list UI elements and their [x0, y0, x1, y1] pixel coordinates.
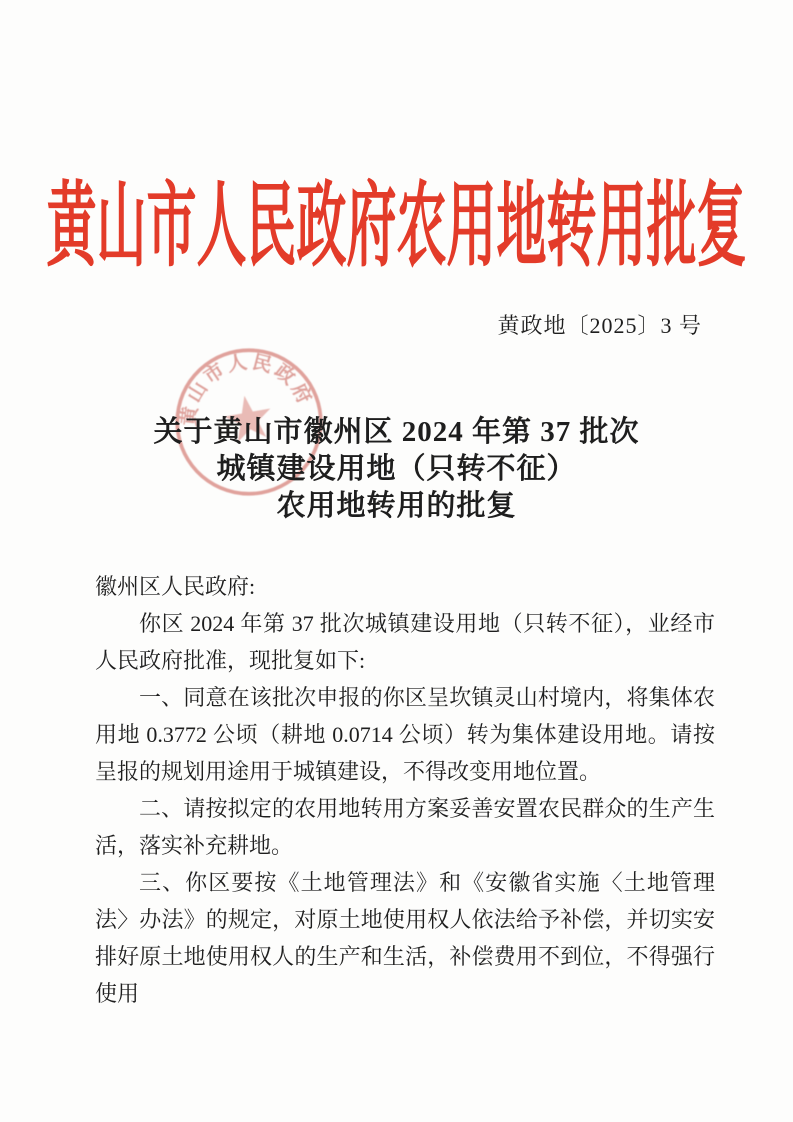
paragraph-item-1: 一、同意在该批次申报的你区呈坎镇灵山村境内，将集体农用地 0.3772 公顷（耕… [95, 679, 715, 790]
document-title: 关于黄山市徽州区 2024 年第 37 批次 城镇建设用地（只转不征） 农用地转… [0, 414, 793, 525]
paragraph-intro: 你区 2024 年第 37 批次城镇建设用地（只转不征），业经市人民政府批准，现… [95, 605, 715, 679]
document-page: 黄山市人民政府农用地转用批复 黄政地〔2025〕3 号 黄山市人民政府 关于黄山… [0, 0, 793, 1122]
salutation: 徽州区人民政府: [95, 568, 715, 605]
paragraph-item-2: 二、请按拟定的农用地转用方案妥善安置农民群众的生产生活，落实补充耕地。 [95, 790, 715, 864]
document-title-line-3: 农用地转用的批复 [0, 488, 793, 525]
paragraph-item-3: 三、你区要按《土地管理法》和《安徽省实施〈土地管理法〉办法》的规定，对原土地使用… [95, 864, 715, 1012]
banner-title-row: 黄山市人民政府农用地转用批复 [0, 176, 793, 276]
document-body: 徽州区人民政府: 你区 2024 年第 37 批次城镇建设用地（只转不征），业经… [95, 568, 715, 1012]
doc-number: 黄政地〔2025〕3 号 [497, 309, 702, 340]
document-title-line-1: 关于黄山市徽州区 2024 年第 37 批次 [0, 414, 793, 451]
document-title-line-2: 城镇建设用地（只转不征） [0, 451, 793, 488]
banner-title: 黄山市人民政府农用地转用批复 [47, 180, 747, 273]
